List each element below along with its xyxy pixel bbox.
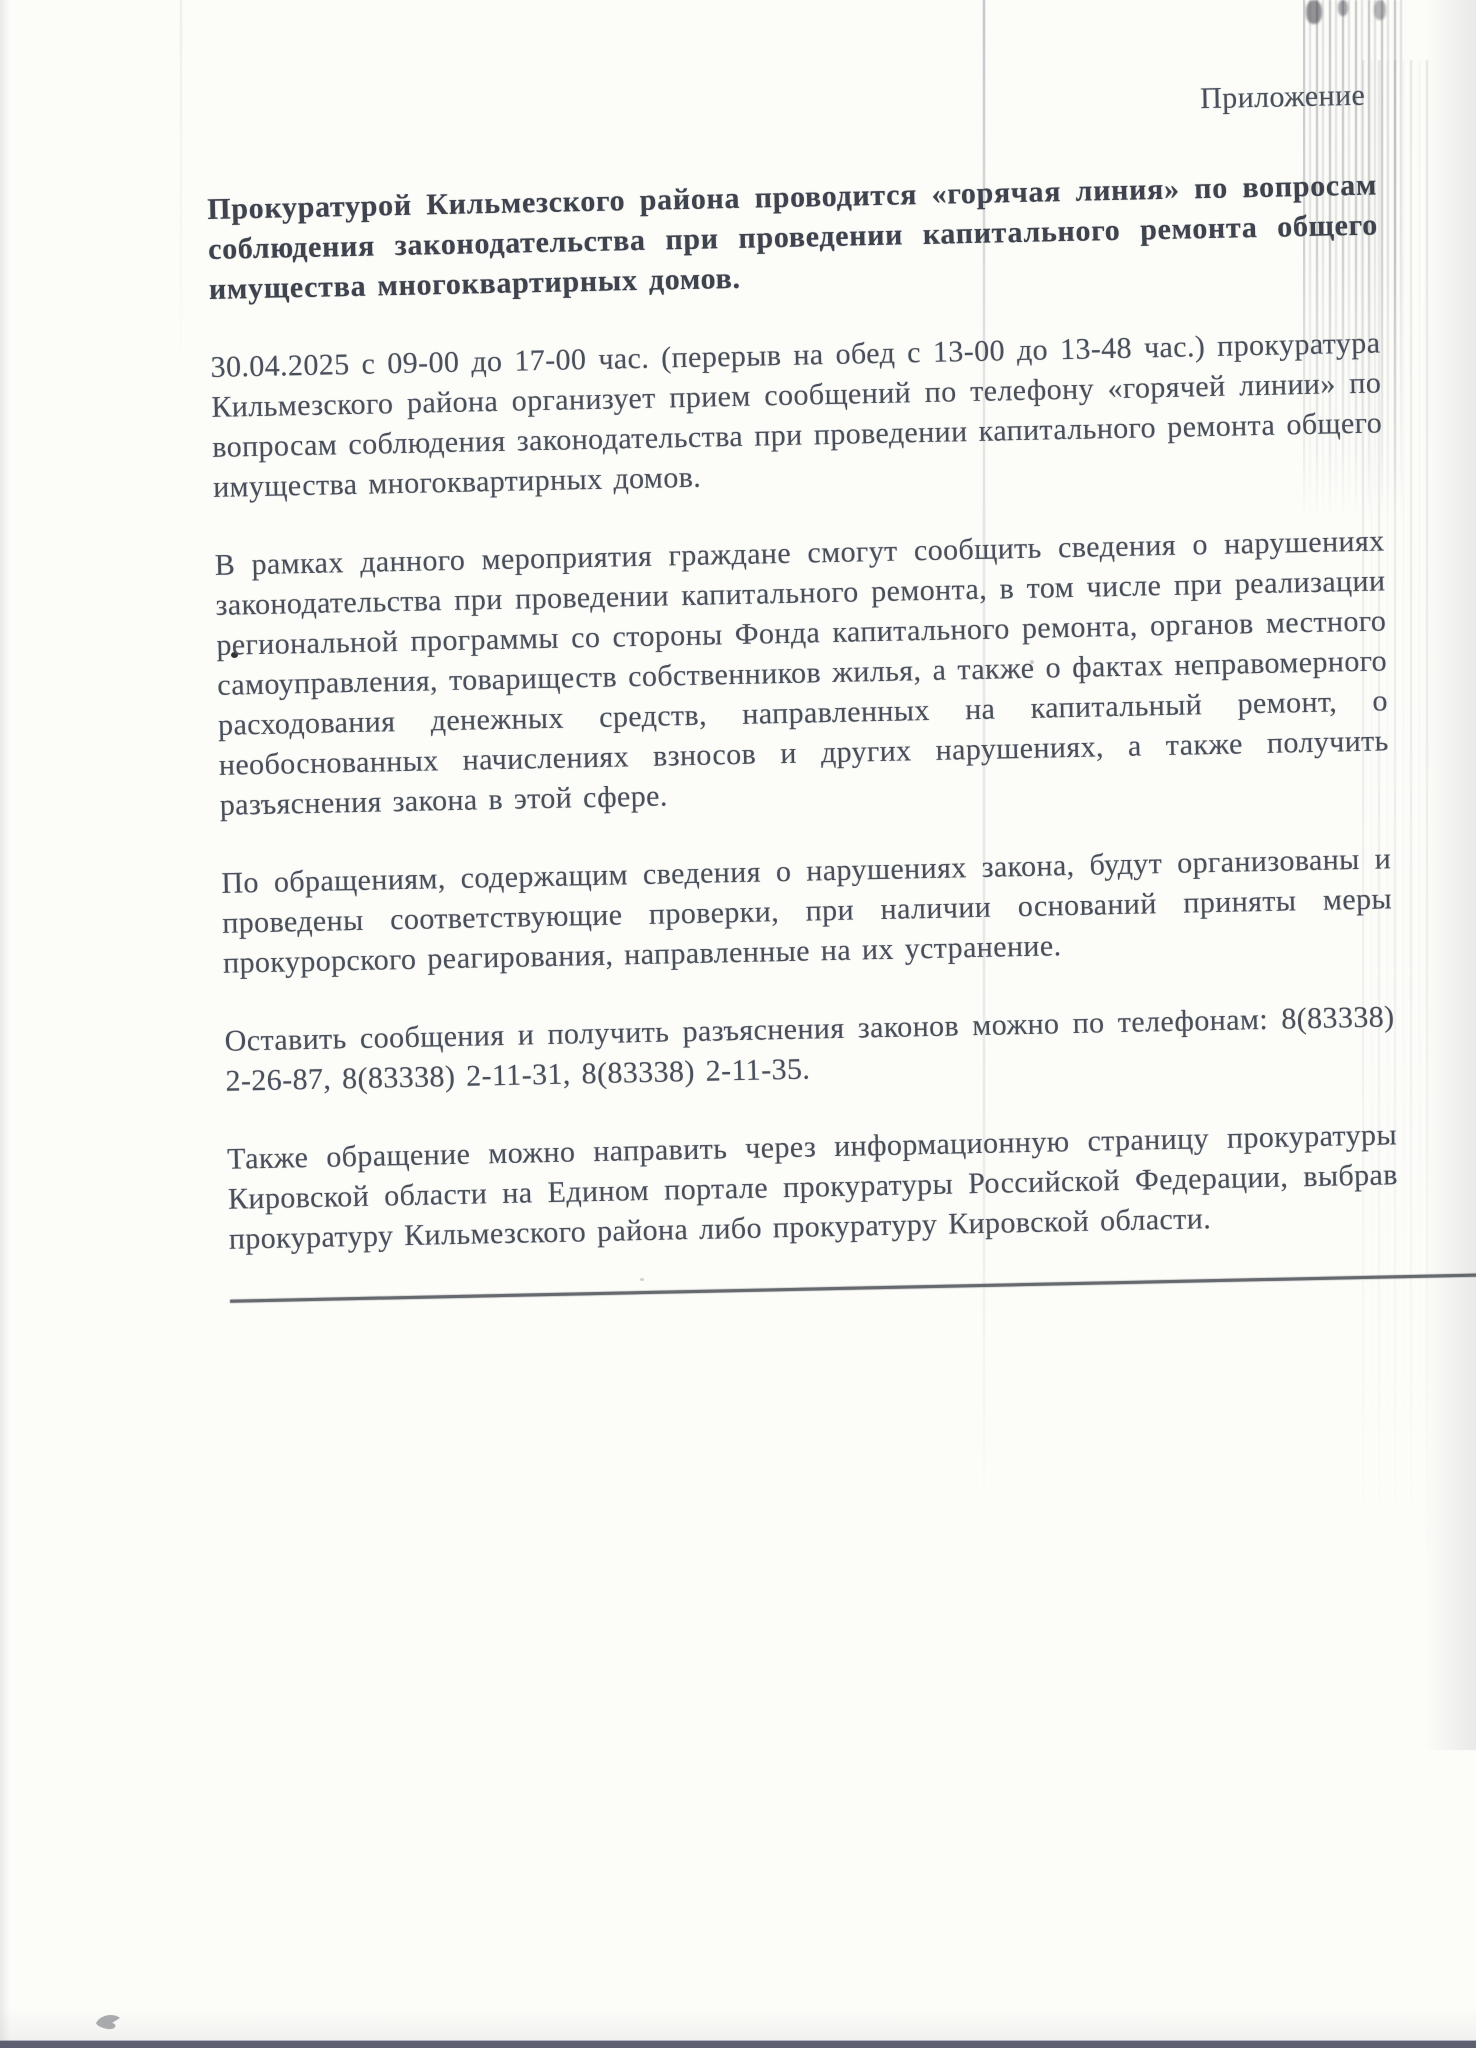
paper-fold-line-faint bbox=[180, 0, 182, 380]
scan-smudge bbox=[1338, 0, 1348, 16]
paragraph-scope: В рамках данного мероприятия граждане см… bbox=[214, 521, 1390, 825]
document-content: Приложение Прокуратурой Кильмезского рай… bbox=[205, 75, 1400, 1302]
paragraph-inspections: По обращениям, содержащим сведения о нар… bbox=[221, 839, 1393, 983]
bottom-divider bbox=[230, 1273, 1476, 1302]
corner-smudge-mark bbox=[92, 2010, 128, 2034]
right-edge-shading bbox=[1424, 0, 1476, 1750]
scanned-page: Приложение Прокуратурой Кильмезского рай… bbox=[0, 0, 1476, 2048]
appendix-label: Приложение bbox=[205, 75, 1376, 139]
bottom-scan-shading bbox=[0, 2008, 1476, 2042]
scan-smudge bbox=[1374, 0, 1386, 20]
left-edge-shading bbox=[0, 0, 10, 2048]
paragraph-schedule: 30.04.2025 с 09-00 до 17-00 час. (переры… bbox=[210, 323, 1383, 507]
paragraph-phones: Оставить сообщения и получить разъяснени… bbox=[224, 997, 1395, 1101]
paragraph-hotline-announcement: Прокуратурой Кильмезского района проводи… bbox=[207, 165, 1379, 309]
bottom-scan-strip bbox=[0, 2041, 1476, 2048]
paragraph-online-portal: Также обращение можно направить через ин… bbox=[227, 1115, 1399, 1259]
scan-smudge bbox=[1306, 0, 1322, 24]
